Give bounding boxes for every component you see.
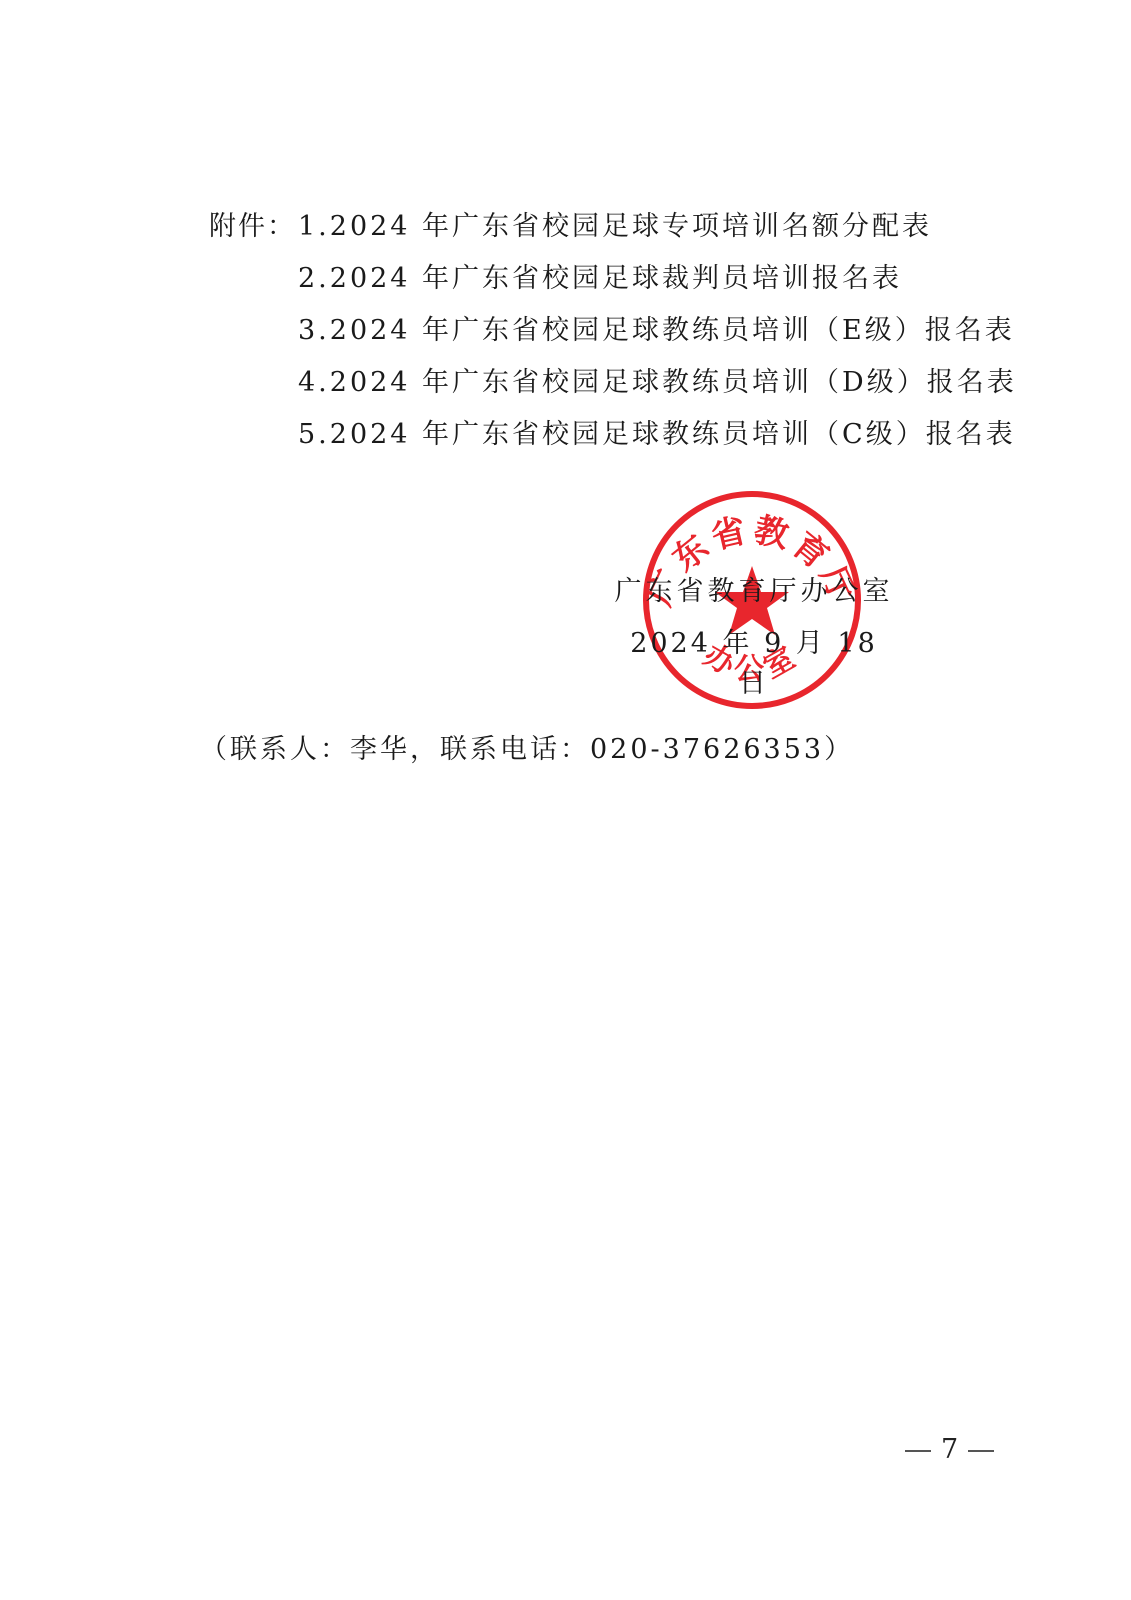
contact-info: （联系人：李华，联系电话：020-37626353） (200, 730, 854, 770)
attachment-item: 1.2024 年广东省校园足球专项培训名额分配表 (298, 207, 1017, 259)
attachments-label: 附件： (209, 207, 296, 247)
page-number-value: 7 (941, 1434, 958, 1465)
dash-right (968, 1450, 994, 1452)
attachment-item: 3.2024 年广东省校园足球教练员培训（E级）报名表 (298, 311, 1017, 363)
issuing-organization: 广东省教育厅办公室 (614, 572, 894, 612)
attachment-item: 4.2024 年广东省校园足球教练员培训（D级）报名表 (298, 363, 1017, 415)
attachment-item: 2.2024 年广东省校园足球裁判员培训报名表 (298, 259, 1017, 311)
document-page: 附件： 1.2024 年广东省校园足球专项培训名额分配表 2.2024 年广东省… (0, 0, 1131, 1600)
attachment-item: 5.2024 年广东省校园足球教练员培训（C级）报名表 (298, 415, 1017, 467)
issue-date: 2024 年 9 月 18 日 (614, 624, 894, 704)
dash-left (905, 1450, 931, 1452)
page-number: 7 (895, 1430, 1004, 1470)
signature-block: 广东省教育厅办公室 2024 年 9 月 18 日 (614, 572, 894, 704)
attachments-list: 1.2024 年广东省校园足球专项培训名额分配表 2.2024 年广东省校园足球… (298, 207, 1017, 467)
